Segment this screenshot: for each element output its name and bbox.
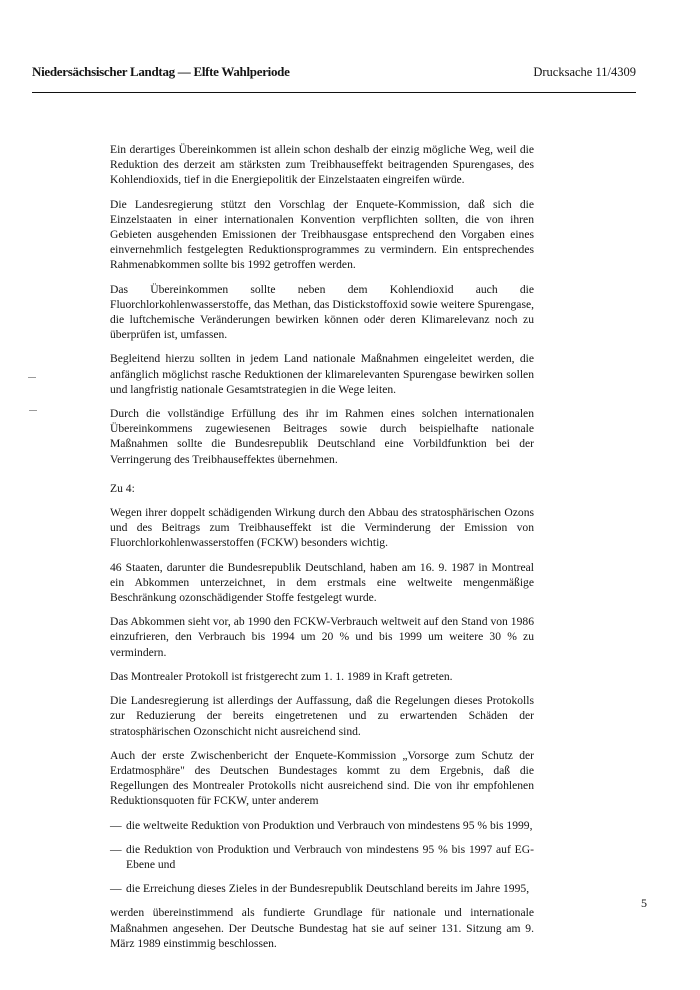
list-item: — die weltweite Reduktion von Produktion…	[110, 818, 534, 833]
section-heading: Zu 4:	[110, 481, 534, 496]
paragraph: Auch der erste Zwischenbericht der Enque…	[110, 748, 534, 809]
list-item: — die Erreichung dieses Zieles in der Bu…	[110, 881, 534, 896]
page-header: Niedersächsischer Landtag — Elfte Wahlpe…	[32, 64, 636, 80]
page-number: 5	[641, 896, 647, 911]
header-document-number: Drucksache 11/4309	[533, 65, 636, 80]
paragraph: Das Montrealer Protokoll ist fristgerech…	[110, 669, 534, 684]
dash-bullet: —	[110, 818, 122, 833]
paragraph: Ein derartiges Übereinkommen ist allein …	[110, 142, 534, 188]
list-item-text: die weltweite Reduktion von Produktion u…	[126, 819, 532, 832]
margin-mark	[28, 377, 36, 378]
paragraph: Begleitend hierzu sollten in jedem Land …	[110, 351, 534, 397]
document-body: Ein derartiges Übereinkommen ist allein …	[110, 142, 534, 960]
paragraph: Die Landesregierung stützt den Vorschlag…	[110, 197, 534, 273]
paragraph: Das Übereinkommen sollte neben dem Kohle…	[110, 282, 534, 343]
list-item: — die Reduktion von Produktion und Verbr…	[110, 842, 534, 872]
margin-mark	[29, 410, 37, 411]
dash-bullet: —	[110, 842, 122, 857]
paragraph: Durch die vollständige Erfüllung des ihr…	[110, 406, 534, 467]
closing-paragraph: werden übereinstimmend als fundierte Gru…	[110, 905, 534, 951]
header-publication: Niedersächsischer Landtag — Elfte Wahlpe…	[32, 64, 290, 80]
list-item-text: die Erreichung dieses Zieles in der Bund…	[126, 882, 529, 895]
paragraph: Die Landesregierung ist allerdings der A…	[110, 693, 534, 739]
paragraph: Das Abkommen sieht vor, ab 1990 den FCKW…	[110, 614, 534, 660]
reduction-quota-list: — die weltweite Reduktion von Produktion…	[110, 818, 534, 897]
paragraph: Wegen ihrer doppelt schädigenden Wirkung…	[110, 505, 534, 551]
header-rule	[32, 92, 636, 93]
list-item-text: die Reduktion von Produktion und Verbrau…	[126, 843, 534, 871]
paragraph: 46 Staaten, darunter die Bundesrepublik …	[110, 560, 534, 606]
dash-bullet: —	[110, 881, 122, 896]
